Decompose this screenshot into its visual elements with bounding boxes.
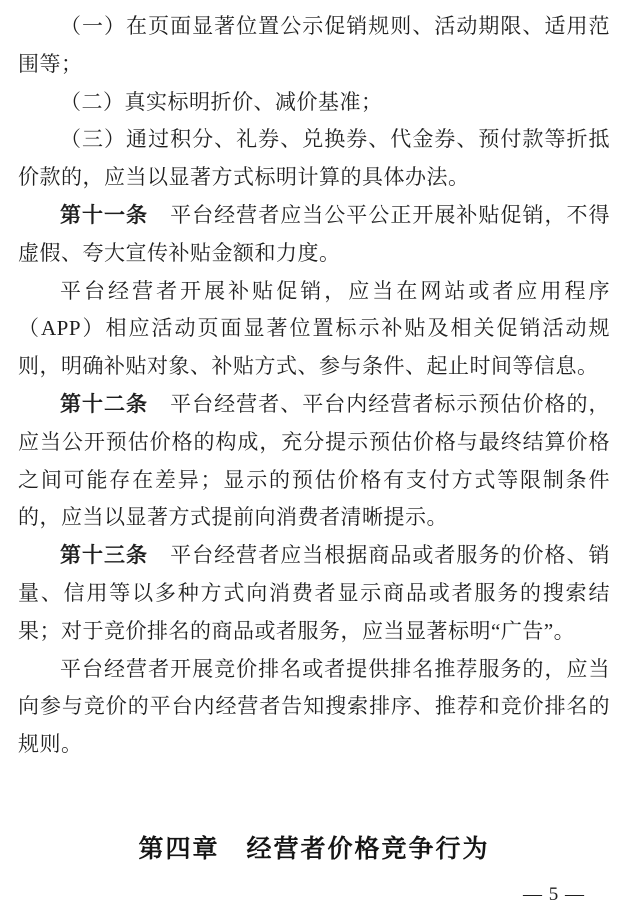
paragraph-article-11: 第十一条 平台经营者应当公平公正开展补贴促销，不得虚假、夸大宣传补贴金额和力度。 bbox=[18, 197, 610, 273]
paragraph-article-13: 第十三条 平台经营者应当根据商品或者服务的价格、销量、信用等以多种方式向消费者显… bbox=[18, 537, 610, 650]
paragraph: （三）通过积分、礼券、兑换券、代金券、预付款等折抵价款的，应当以显著方式标明计算… bbox=[18, 121, 610, 197]
paragraph-text: （二）真实标明折价、减价基准； bbox=[60, 90, 383, 114]
paragraph: 平台经营者开展竞价排名或者提供排名推荐服务的，应当向参与竞价的平台内经营者告知搜… bbox=[18, 651, 610, 764]
page-number: — 5 — bbox=[523, 885, 585, 905]
document-page: （一）在页面显著位置公示促销规则、活动期限、适用范围等； （二）真实标明折价、减… bbox=[0, 0, 628, 918]
paragraph-text: 平台经营者开展补贴促销，应当在网站或者应用程序（APP）相应活动页面显著位置标示… bbox=[18, 279, 610, 379]
paragraph: （二）真实标明折价、减价基准； bbox=[18, 84, 610, 122]
article-number-lead: 第十一条 bbox=[60, 203, 148, 227]
article-number-lead: 第十三条 bbox=[60, 543, 148, 567]
chapter-heading: 第四章 经营者价格竞争行为 bbox=[0, 833, 628, 865]
paragraph-article-12: 第十二条 平台经营者、平台内经营者标示预估价格的，应当公开预估价格的构成，充分提… bbox=[18, 386, 610, 537]
paragraph: （一）在页面显著位置公示促销规则、活动期限、适用范围等； bbox=[18, 8, 610, 84]
paragraph-text: （三）通过积分、礼券、兑换券、代金券、预付款等折抵价款的，应当以显著方式标明计算… bbox=[18, 127, 610, 189]
document-body: （一）在页面显著位置公示促销规则、活动期限、适用范围等； （二）真实标明折价、减… bbox=[18, 8, 610, 764]
paragraph: 平台经营者开展补贴促销，应当在网站或者应用程序（APP）相应活动页面显著位置标示… bbox=[18, 273, 610, 386]
article-number-lead: 第十二条 bbox=[60, 392, 148, 416]
paragraph-text: （一）在页面显著位置公示促销规则、活动期限、适用范围等； bbox=[18, 14, 610, 76]
paragraph-text: 平台经营者开展竞价排名或者提供排名推荐服务的，应当向参与竞价的平台内经营者告知搜… bbox=[18, 657, 610, 757]
